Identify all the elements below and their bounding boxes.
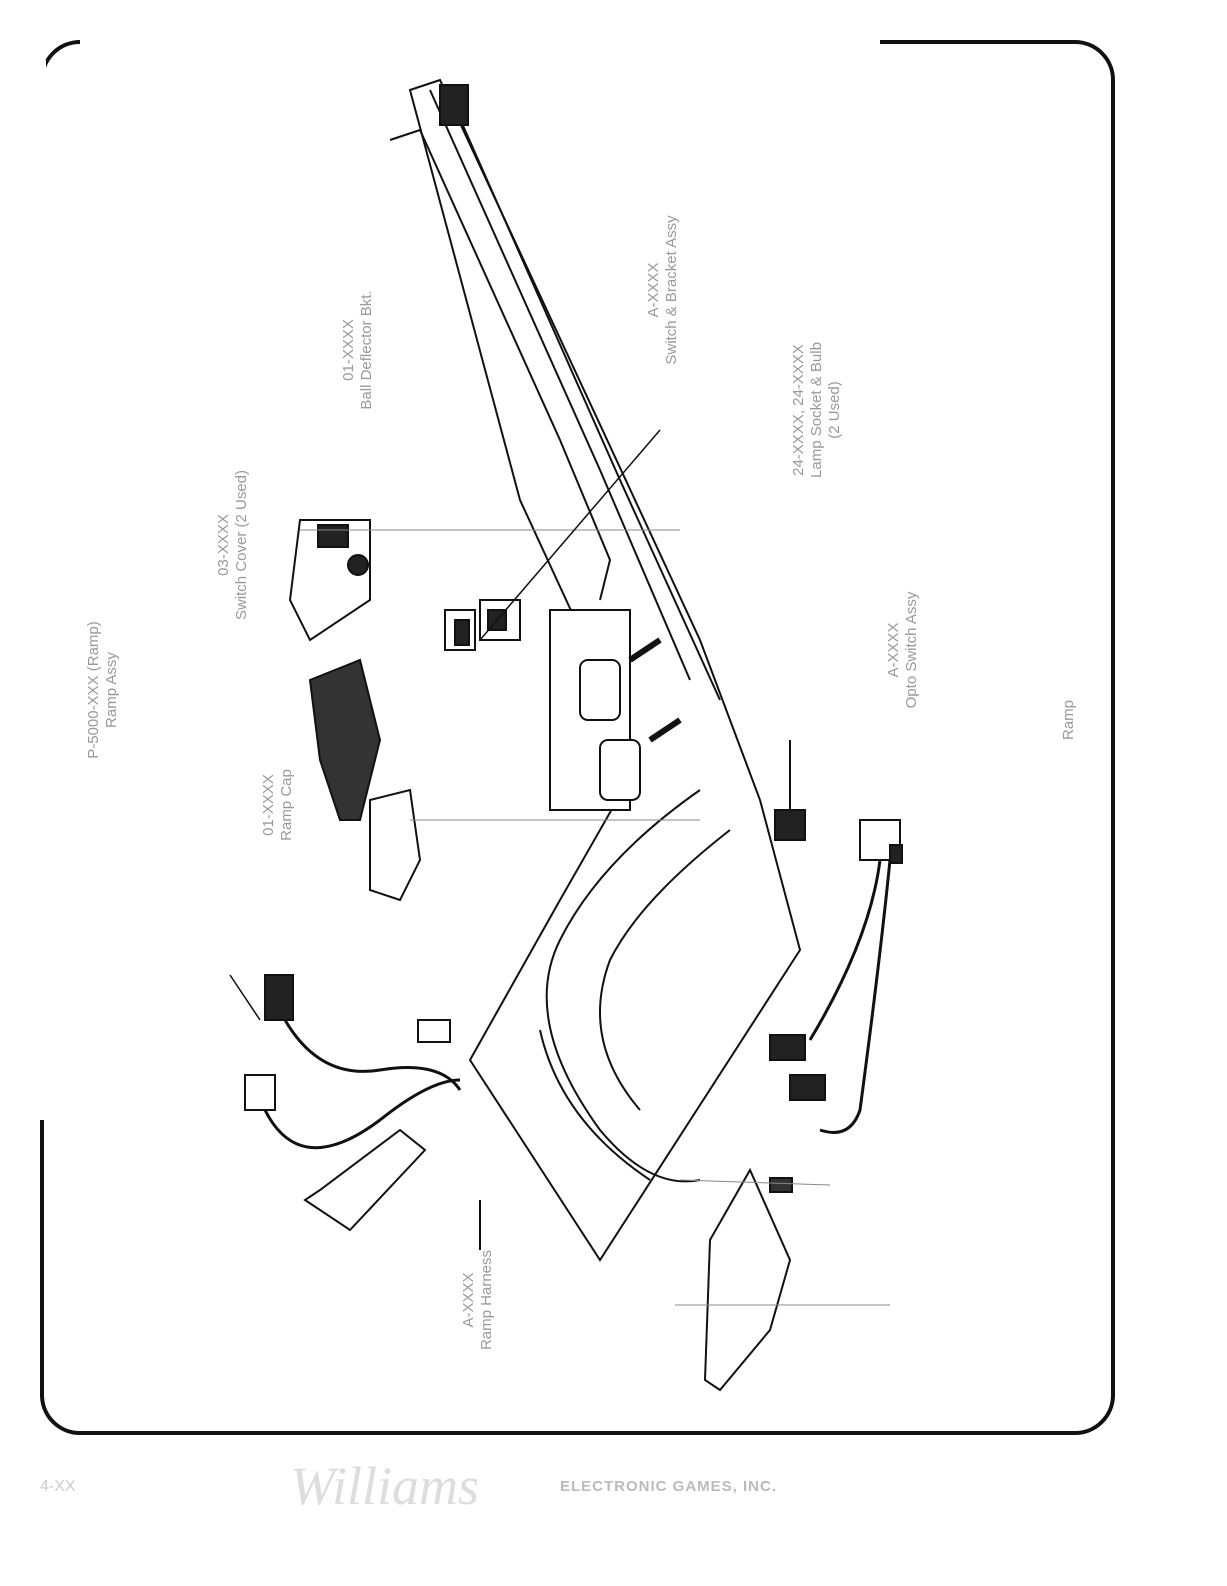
part-number: A-XXXX xyxy=(460,1230,478,1370)
coil-part xyxy=(770,1178,792,1192)
ramp-tip-bracket xyxy=(440,85,468,125)
part-number: A-XXXX xyxy=(885,580,903,720)
part-name: Switch Cover (2 Used) xyxy=(233,430,251,660)
page-number: 4-XX xyxy=(40,1478,76,1496)
part-number: P-5000-XXX (Ramp) xyxy=(85,590,103,790)
part-name: Lamp Socket & Bulb xyxy=(808,330,826,490)
part-name: Ramp Assy xyxy=(103,590,121,790)
part-name: Opto Switch Assy xyxy=(903,580,921,720)
part-qty: (2 Used) xyxy=(826,330,844,490)
label-ramp-assy: P-5000-XXX (Ramp) Ramp Assy xyxy=(85,590,121,790)
part-number: 03-XXXX xyxy=(215,430,233,660)
part-name: Ramp xyxy=(1060,680,1078,760)
label-switch-cover: 03-XXXX Switch Cover (2 Used) xyxy=(215,430,251,660)
exploded-ramp-diagram xyxy=(0,0,1227,1586)
part-name: Ramp Cap xyxy=(278,730,296,880)
brand-logo: Williams xyxy=(290,1455,479,1517)
label-opto-assy: A-XXXX Opto Switch Assy xyxy=(885,580,921,720)
part-name: Ramp Harness xyxy=(478,1230,496,1370)
opto-switch-1 xyxy=(770,1035,805,1060)
part-number: 01-XXXX xyxy=(260,730,278,880)
part-name: Ball Deflector Bkt. xyxy=(358,260,376,440)
label-lamp-cover: 01-XXXX Ramp Cap xyxy=(260,730,296,880)
label-ramp-wire: A-XXXX Ramp Harness xyxy=(460,1230,496,1370)
opto-switch-2 xyxy=(790,1075,825,1100)
ball-deflector-part xyxy=(318,525,348,547)
part-number: 24-XXXX, 24-XXXX xyxy=(790,330,808,490)
ramp-flap xyxy=(310,660,380,820)
label-ball-deflector: 01-XXXX Ball Deflector Bkt. xyxy=(340,260,376,440)
label-switch-bracket: A-XXXX Switch & Bracket Assy xyxy=(645,170,681,410)
part-name: Switch & Bracket Assy xyxy=(663,170,681,410)
part-number: A-XXXX xyxy=(645,170,663,410)
part-number: 01-XXXX xyxy=(340,260,358,440)
label-misc: Ramp xyxy=(1060,680,1078,760)
label-socket: 24-XXXX, 24-XXXX Lamp Socket & Bulb (2 U… xyxy=(790,330,844,490)
company-name: ELECTRONIC GAMES, INC. xyxy=(560,1478,777,1495)
